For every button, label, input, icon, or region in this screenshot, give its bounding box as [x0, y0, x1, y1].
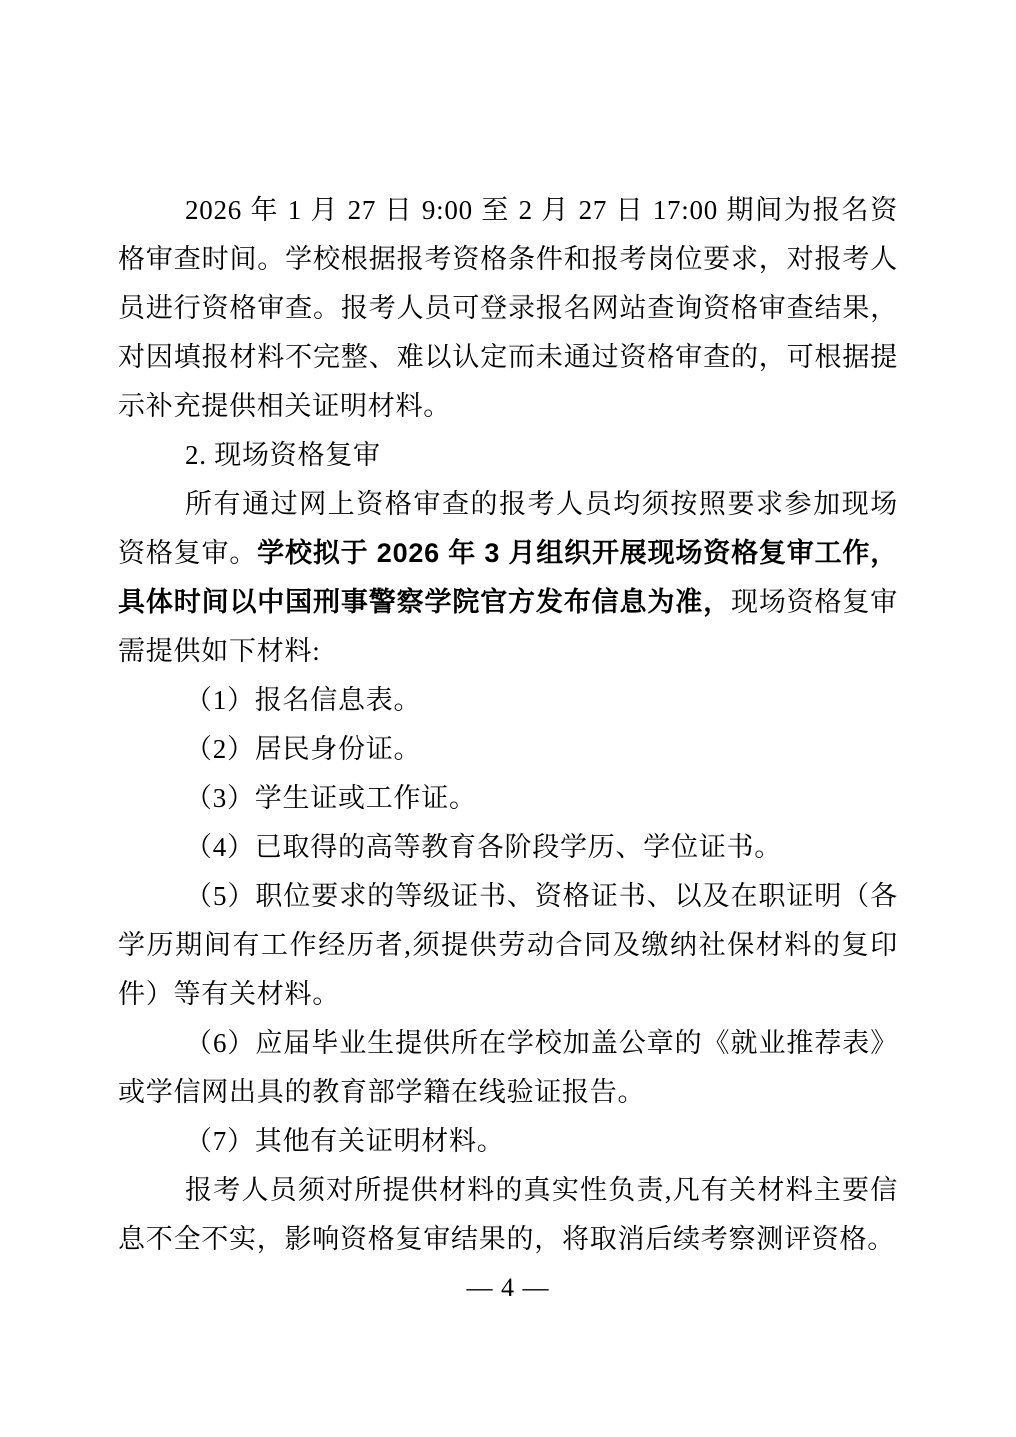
heading-onsite-qualification-review: 2. 现场资格复审: [118, 431, 898, 480]
list-item-employment-recommendation: （6）应届毕业生提供所在学校加盖公章的《就业推荐表》或学信网出具的教育部学籍在线…: [118, 1019, 898, 1117]
list-item-qualification-certificates: （5）职位要求的等级证书、资格证书、以及在职证明（各学历期间有工作经历者,须提供…: [118, 872, 898, 1019]
list-item-other-materials: （7）其他有关证明材料。: [118, 1117, 898, 1166]
document-body: 2026 年 1 月 27 日 9:00 至 2 月 27 日 17:00 期间…: [118, 186, 898, 1306]
list-item-degree-certificates: （4）已取得的高等教育各阶段学历、学位证书。: [118, 823, 898, 872]
list-item-registration-form: （1）报名信息表。: [118, 676, 898, 725]
list-item-id-card: （2）居民身份证。: [118, 725, 898, 774]
list-item-student-or-work-card: （3）学生证或工作证。: [118, 774, 898, 823]
document-page: 2026 年 1 月 27 日 9:00 至 2 月 27 日 17:00 期间…: [0, 0, 1016, 1437]
page-number: — 4 —: [118, 1270, 898, 1306]
para-online-review-period: 2026 年 1 月 27 日 9:00 至 2 月 27 日 17:00 期间…: [118, 186, 898, 431]
para-onsite-review-intro: 所有通过网上资格审查的报考人员均须按照要求参加现场资格复审。学校拟于 2026 …: [118, 480, 898, 676]
para-material-authenticity: 报考人员须对所提供材料的真实性负责,凡有关材料主要信息不全不实，影响资格复审结果…: [118, 1166, 898, 1264]
